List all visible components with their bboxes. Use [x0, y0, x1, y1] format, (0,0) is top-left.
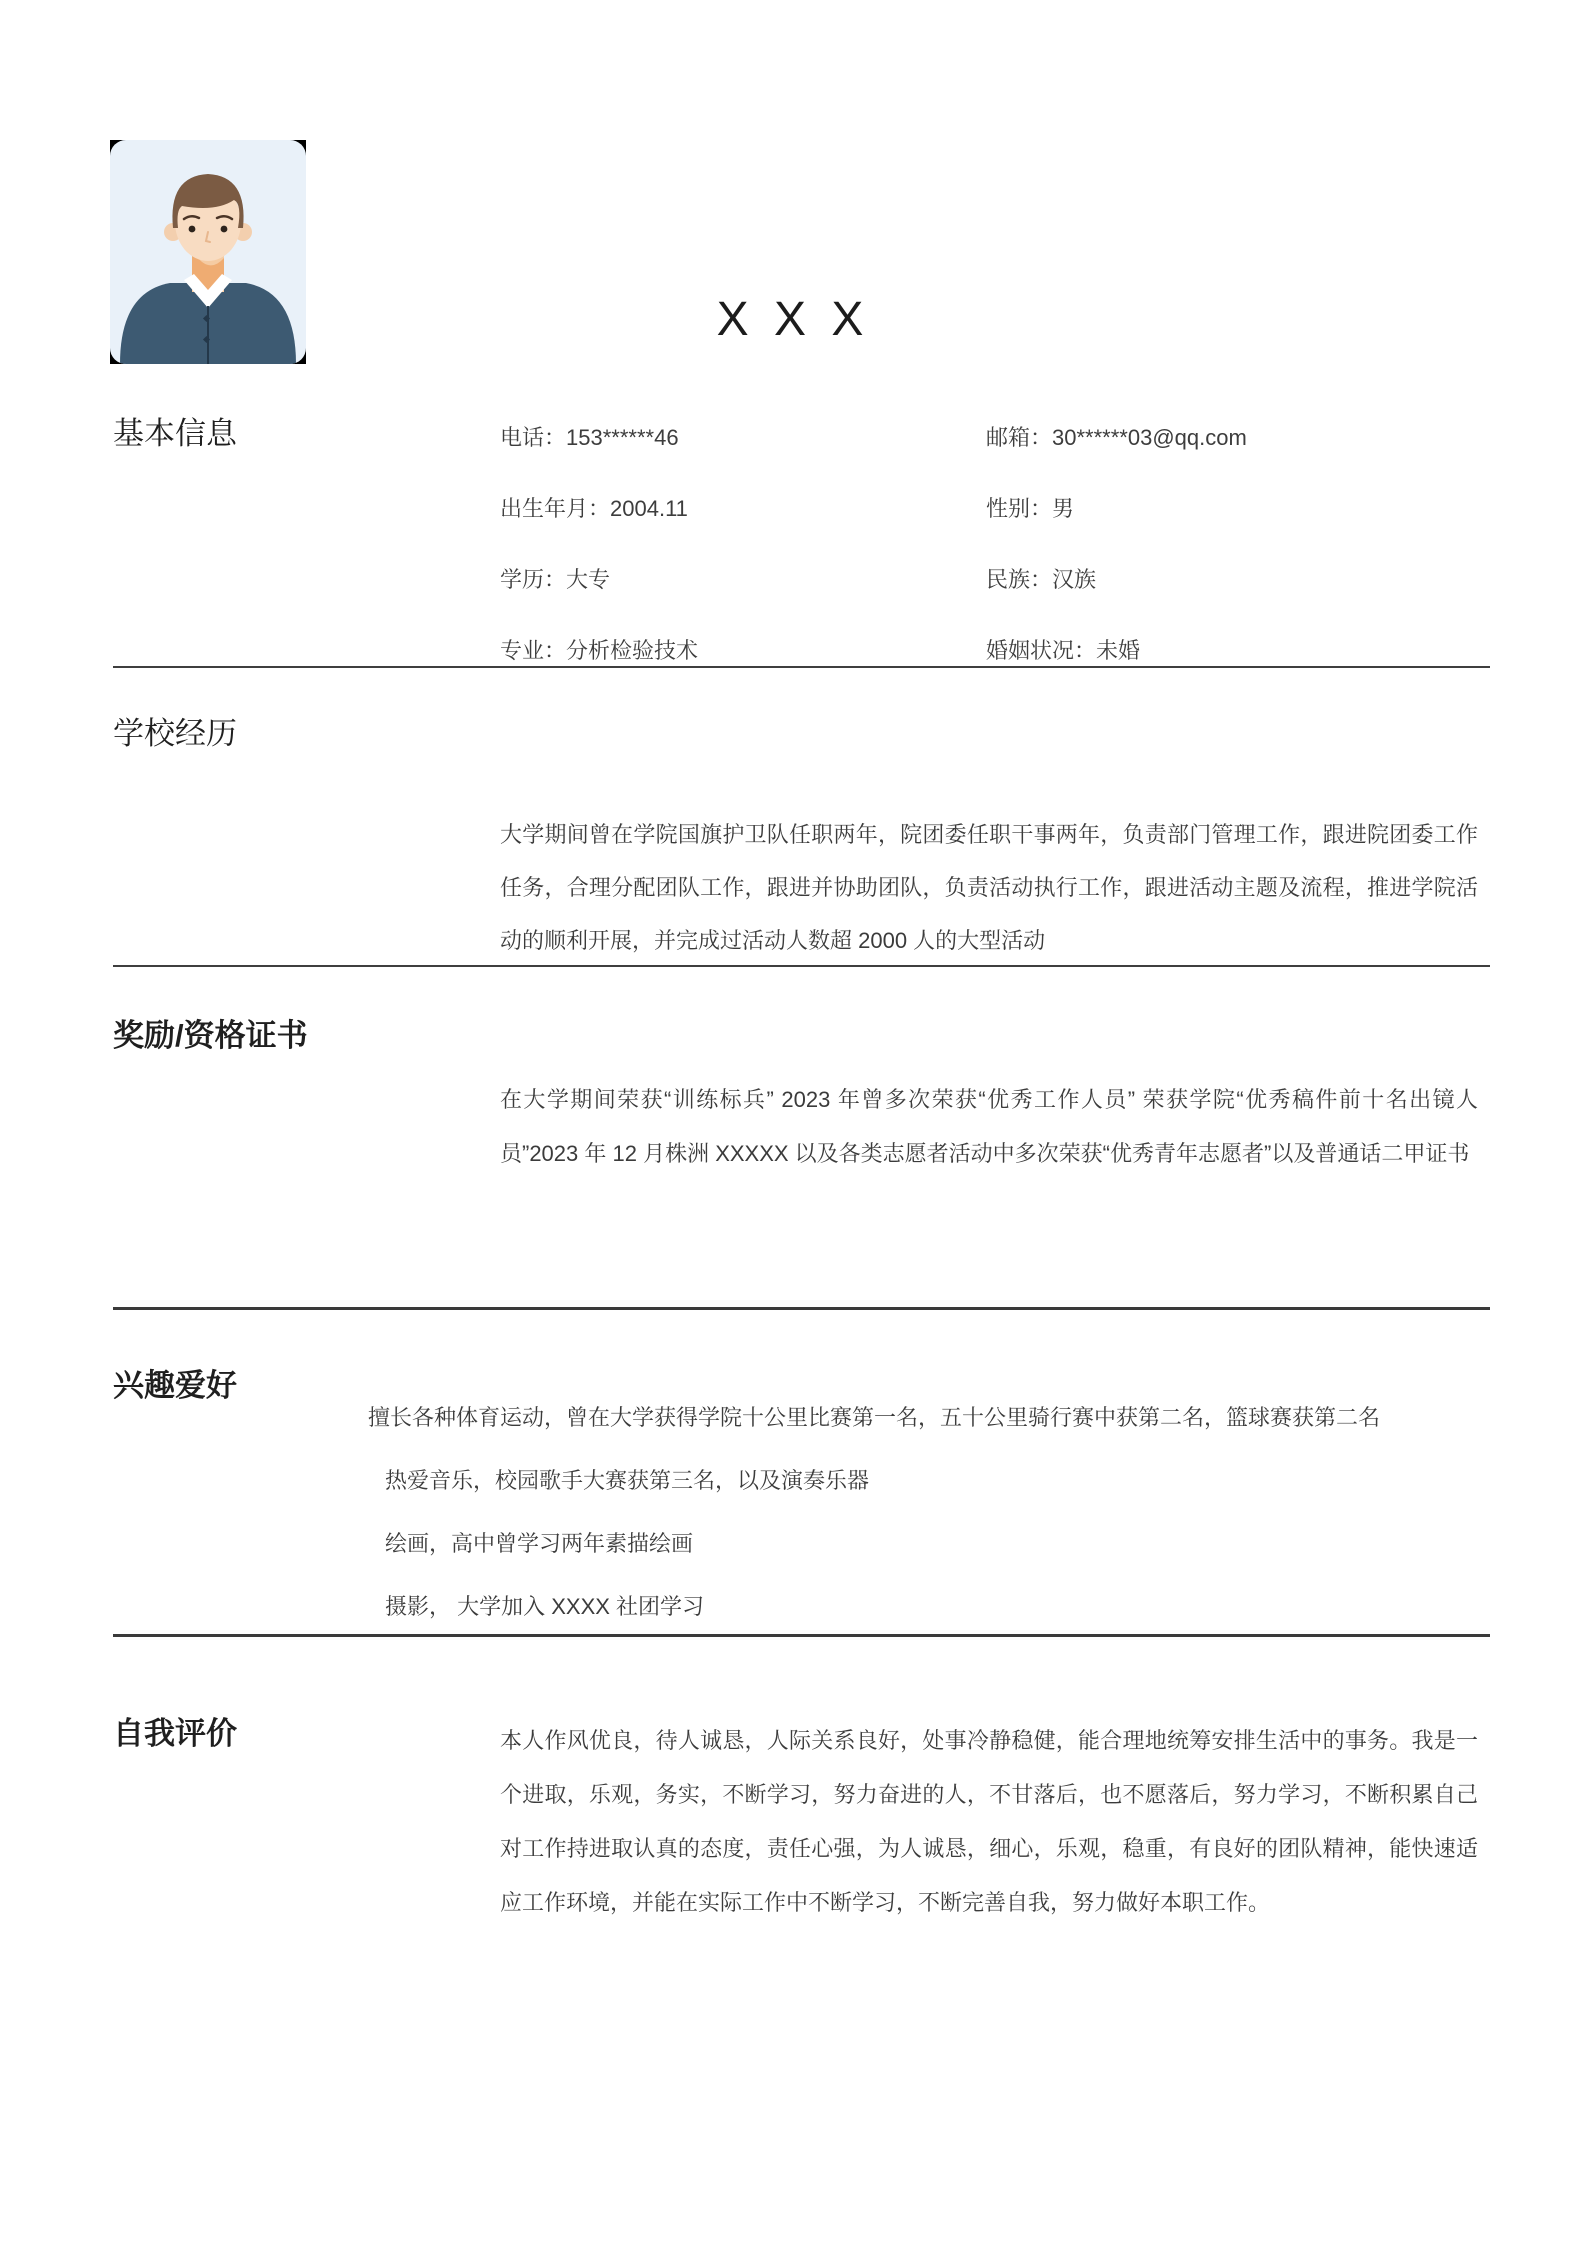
field-value: 2004.11: [610, 496, 688, 521]
field-value: 未婚: [1096, 638, 1140, 663]
field-value: 大专: [566, 567, 610, 592]
hobby-line-music: 热爱音乐，校园歌手大赛获第三名，以及演奏乐器: [385, 1467, 1380, 1494]
divider-4: [113, 1634, 1490, 1637]
awards-paragraph: 在大学期间荣获“训练标兵” 2023 年曾多次荣获“优秀工作人员” 荣获学院“优…: [500, 1073, 1478, 1181]
school-paragraph: 大学期间曾在学院国旗护卫队任职两年，院团委任职干事两年，负责部门管理工作，跟进院…: [500, 808, 1478, 967]
section-heading-self-evaluation: 自我评价: [113, 1712, 237, 1756]
field-email: 邮箱：30******03@qq.com: [986, 424, 1247, 451]
field-ethnicity: 民族：汉族: [986, 566, 1247, 593]
field-label: 出生年月：: [500, 496, 610, 521]
section-heading-hobbies: 兴趣爱好: [113, 1364, 237, 1408]
field-label: 性别：: [986, 496, 1052, 521]
hobbies-list: 擅长各种体育运动，曾在大学获得学院十公里比赛第一名，五十公里骑行赛中获第二名，篮…: [368, 1404, 1380, 1656]
field-label: 电话：: [500, 425, 566, 450]
divider-3: [113, 1307, 1490, 1310]
hobby-line-drawing: 绘画，高中曾学习两年素描绘画: [385, 1530, 1380, 1557]
divider-2: [113, 965, 1490, 967]
field-label: 民族：: [986, 567, 1052, 592]
section-heading-school: 学校经历: [113, 712, 237, 756]
field-birth: 出生年月：2004.11: [500, 495, 986, 522]
field-major: 专业：分析检验技术: [500, 637, 986, 664]
hobby-line-sports: 擅长各种体育运动，曾在大学获得学院十公里比赛第一名，五十公里骑行赛中获第二名，篮…: [368, 1404, 1380, 1431]
section-heading-awards: 奖励/资格证书: [113, 1014, 308, 1058]
candidate-name: X X X: [0, 292, 1586, 348]
field-value: 153******46: [566, 425, 679, 450]
field-value: 分析检验技术: [566, 638, 698, 663]
field-label: 婚姻状况：: [986, 638, 1096, 663]
divider-1: [113, 666, 1490, 668]
field-label: 专业：: [500, 638, 566, 663]
field-value: 汉族: [1052, 567, 1096, 592]
section-heading-basic-info: 基本信息: [113, 412, 237, 456]
basic-info-grid: 电话：153******46 邮箱：30******03@qq.com 出生年月…: [500, 424, 1247, 664]
field-gender: 性别：男: [986, 495, 1247, 522]
field-phone: 电话：153******46: [500, 424, 986, 451]
field-value: 30******03@qq.com: [1052, 425, 1247, 450]
resume-page: X X X 基本信息 电话：153******46 邮箱：30******03@…: [0, 0, 1586, 2242]
field-education: 学历：大专: [500, 566, 986, 593]
field-label: 邮箱：: [986, 425, 1052, 450]
self-evaluation-paragraph: 本人作风优良，待人诚恳，人际关系良好，处事冷静稳健，能合理地统筹安排生活中的事务…: [500, 1714, 1478, 1930]
field-label: 学历：: [500, 567, 566, 592]
field-marital: 婚姻状况：未婚: [986, 637, 1247, 664]
hobby-line-photography: 摄影， 大学加入 XXXX 社团学习: [385, 1593, 1380, 1620]
field-value: 男: [1052, 496, 1074, 521]
